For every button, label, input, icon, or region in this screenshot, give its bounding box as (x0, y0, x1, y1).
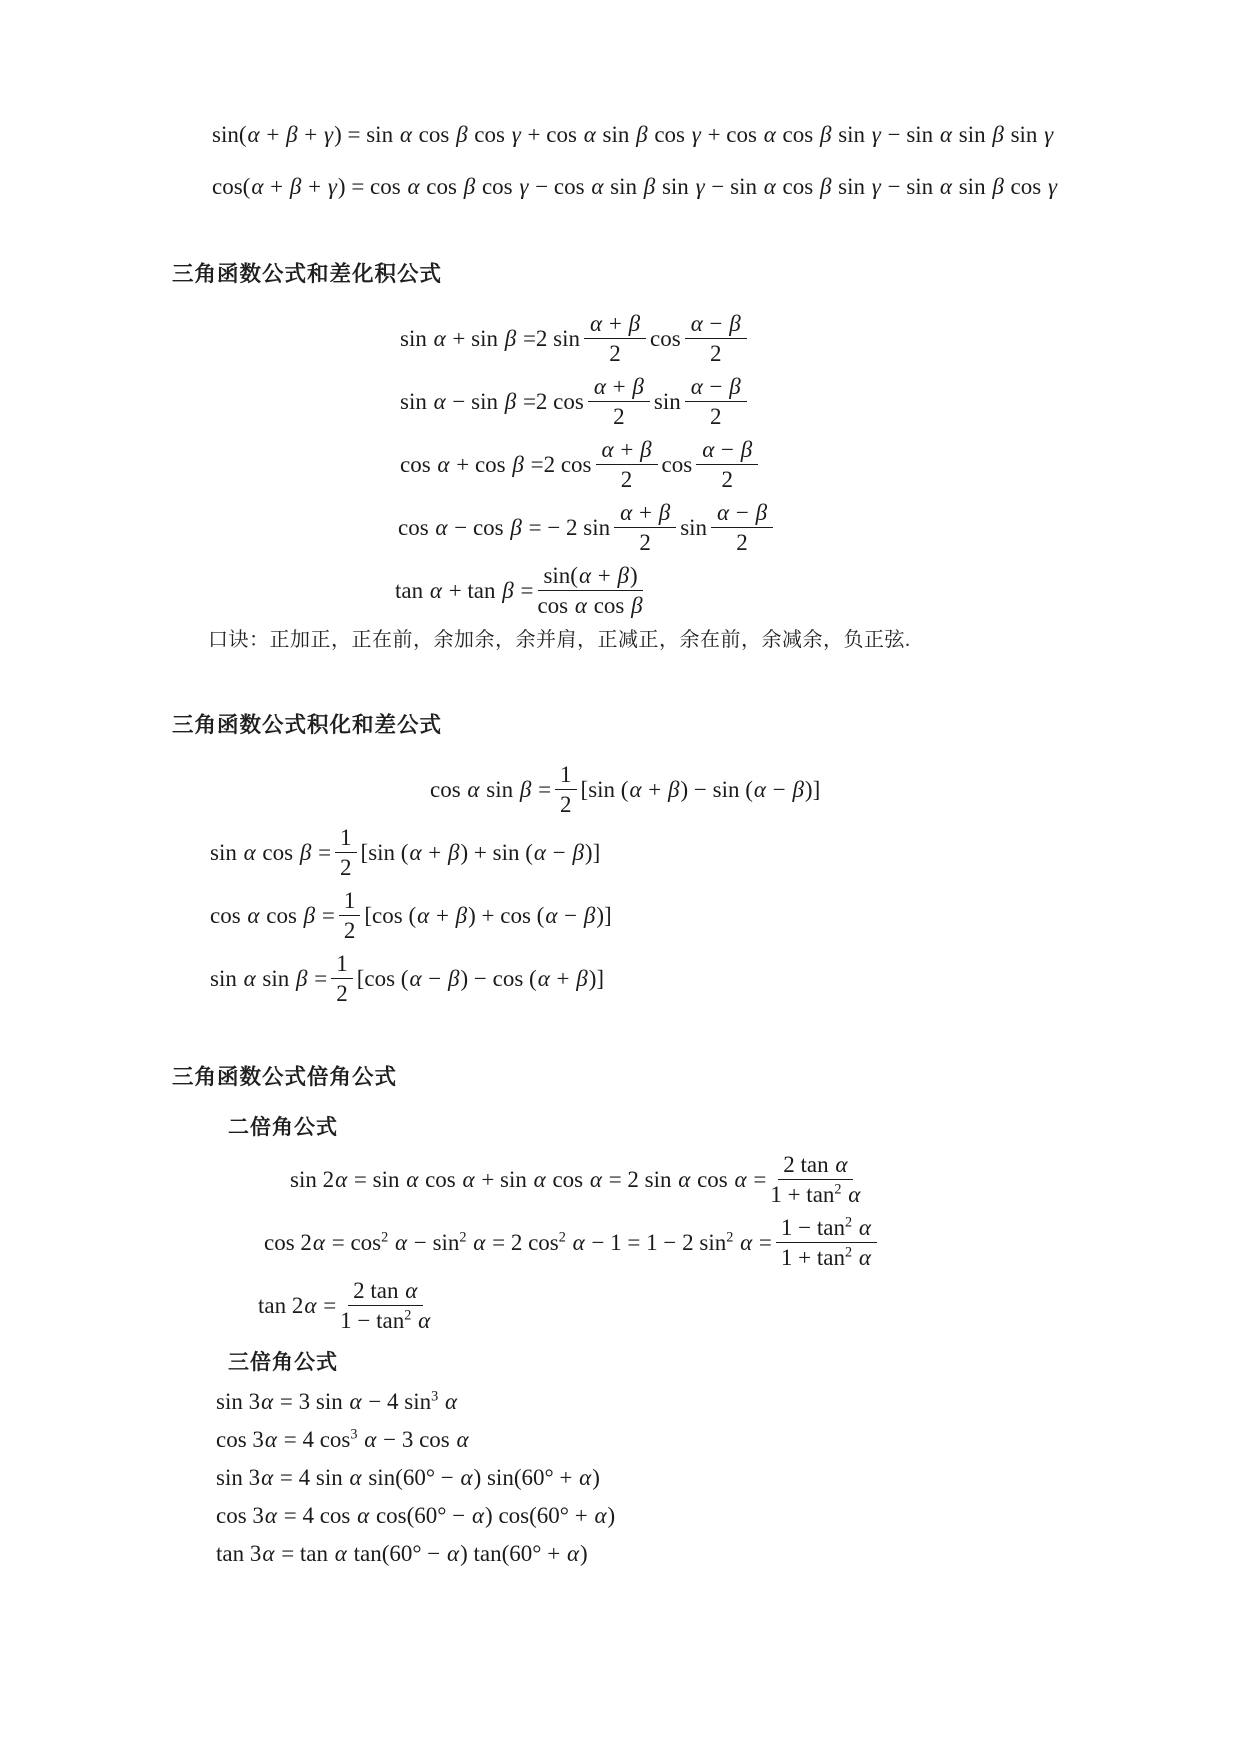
greek-variable: α (433, 389, 447, 414)
greek-variable: β (728, 311, 741, 336)
greek-variable: α (763, 122, 777, 147)
document-page: sin(α + β + γ) = sin α cos β cos γ + cos… (0, 0, 1242, 1756)
greek-variable: α (261, 1541, 275, 1566)
greek-variable: α (578, 1465, 592, 1490)
fraction-numerator: 1 (335, 824, 357, 853)
greek-variable: β (643, 174, 656, 199)
greek-variable: β (755, 500, 768, 525)
fraction-numerator: α + β (596, 436, 658, 465)
greek-variable: α (858, 1245, 872, 1270)
greek-variable: β (504, 389, 517, 414)
greek-variable: α (537, 966, 551, 991)
greek-variable: α (939, 122, 953, 147)
greek-variable: α (436, 452, 450, 477)
greek-variable: β (504, 326, 517, 351)
greek-variable: β (791, 777, 804, 802)
greek-variable: α (246, 903, 260, 928)
greek-variable: α (405, 1167, 419, 1192)
math-run: tan 3α = tan α tan(60° − α) tan(60° + α) (216, 1541, 588, 1566)
greek-variable: α (416, 903, 430, 928)
greek-variable: α (250, 174, 264, 199)
fraction-denominator: 1 + tan2 α (770, 1180, 861, 1208)
greek-variable: β (509, 515, 522, 540)
greek-variable: γ (518, 174, 529, 199)
math-run: cos α + cos β =2 cos (400, 448, 592, 482)
section-heading-multiple-angle: 三角函数公式倍角公式 (172, 1063, 1242, 1091)
greek-variable: α (406, 174, 420, 199)
formula-line: cos α sin β = 12[sin (α + β) − sin (α − … (430, 761, 1242, 818)
math-run: [cos (α + β) + cos (α − β)] (364, 899, 611, 933)
greek-variable: α (466, 777, 480, 802)
fraction-denominator: 1 + tan2 α (781, 1243, 872, 1271)
greek-variable: α (593, 1503, 607, 1528)
greek-variable: α (356, 1503, 370, 1528)
math-run: sin (680, 511, 707, 545)
exponent: 2 (559, 1229, 566, 1245)
fraction-denominator: 2 (721, 465, 733, 493)
fraction-numerator: 1 (331, 950, 353, 979)
formula-line: sin α + sin β =2 sin α + β2cos α − β2 (400, 310, 1242, 367)
greek-variable: α (243, 966, 257, 991)
double-angle-formulas: sin 2α = sin α cos α + sin α cos α = 2 s… (0, 1151, 1242, 1334)
greek-variable: β (295, 966, 308, 991)
math-run: sin α + sin β =2 sin (400, 322, 580, 356)
greek-variable: γ (1043, 122, 1054, 147)
exponent: 2 (459, 1229, 466, 1245)
greek-variable: β (628, 311, 641, 336)
greek-variable: α (690, 374, 704, 399)
exponent: 2 (834, 1181, 841, 1197)
formula-line: sin 2α = sin α cos α + sin α cos α = 2 s… (290, 1151, 1242, 1208)
fraction: α + β2 (614, 499, 676, 556)
fraction-numerator: α − β (696, 436, 758, 465)
greek-variable: α (574, 593, 588, 618)
fraction-denominator: 2 (613, 402, 625, 430)
math-run: sin(α + β + γ) = sin α cos β cos γ + cos… (212, 122, 1054, 147)
fraction-numerator: 2 tan α (778, 1151, 853, 1180)
greek-variable: α (264, 1503, 278, 1528)
greek-variable: β (667, 777, 680, 802)
greek-variable: α (260, 1389, 274, 1414)
fraction: α + β2 (584, 310, 646, 367)
fraction-numerator: 1 (555, 761, 577, 790)
greek-variable: α (399, 122, 413, 147)
math-run: cos (662, 448, 693, 482)
fraction-denominator: 2 (710, 402, 722, 430)
fraction: 12 (331, 950, 353, 1007)
math-run: sin (654, 385, 681, 419)
fraction-numerator: α + β (614, 499, 676, 528)
greek-variable: α (260, 1465, 274, 1490)
greek-variable: α (753, 777, 767, 802)
math-run: [sin (α + β) − sin (α − β)] (581, 773, 821, 807)
greek-variable: α (763, 174, 777, 199)
greek-variable: β (299, 840, 312, 865)
greek-variable: γ (511, 122, 522, 147)
exponent: 2 (845, 1214, 852, 1230)
fraction: α − β2 (685, 373, 747, 430)
greek-variable: α (847, 1182, 861, 1207)
greek-variable: α (455, 1427, 469, 1452)
fraction: α − β2 (711, 499, 773, 556)
fraction-denominator: 2 (340, 853, 352, 881)
greek-variable: β (455, 903, 468, 928)
fraction: sin(α + β)cos α cos β (537, 562, 643, 619)
fraction-denominator: 2 (609, 339, 621, 367)
greek-variable: α (589, 311, 603, 336)
greek-variable: α (619, 500, 633, 525)
fraction-numerator: α − β (685, 373, 747, 402)
subheading-triple-angle: 三倍角公式 (228, 1348, 1242, 1378)
greek-variable: α (701, 437, 715, 462)
fraction-numerator: 1 − tan2 α (776, 1214, 877, 1243)
greek-variable: α (243, 840, 257, 865)
math-run: [cos (α − β) − cos (α + β)] (357, 962, 604, 996)
math-run: cos α − cos β = − 2 sin (398, 511, 610, 545)
fraction-numerator: α + β (588, 373, 650, 402)
greek-variable: α (247, 122, 261, 147)
greek-variable: α (583, 122, 597, 147)
math-run: sin 3α = 3 sin α − 4 sin3 α (216, 1389, 458, 1414)
greek-variable: β (991, 122, 1004, 147)
fraction: α − β2 (685, 310, 747, 367)
subheading-double-angle: 二倍角公式 (228, 1113, 1242, 1143)
greek-variable: β (639, 437, 652, 462)
greek-variable: α (544, 903, 558, 928)
greek-variable: α (394, 1230, 408, 1255)
greek-variable: α (433, 326, 447, 351)
formula-line: cos 3α = 4 cos3 α − 3 cos α (216, 1424, 1242, 1456)
greek-variable: α (677, 1167, 691, 1192)
greek-variable: α (303, 1293, 317, 1318)
math-run: cos 3α = 4 cos3 α − 3 cos α (216, 1427, 470, 1452)
fraction-numerator: 2 tan α (348, 1277, 423, 1306)
math-run: tan α + tan β = (395, 574, 533, 608)
formula-line: cos 3α = 4 cos α cos(60° − α) cos(60° + … (216, 1500, 1242, 1532)
mnemonic-note: 口诀：正加正，正在前，余加余，余并肩，正减正，余在前，余减余，负正弦. (208, 625, 1242, 655)
greek-variable: α (690, 311, 704, 336)
greek-variable: γ (871, 174, 882, 199)
greek-variable: α (578, 563, 592, 588)
fraction-denominator: 2 (336, 979, 348, 1007)
formula-line: sin 3α = 3 sin α − 4 sin3 α (216, 1386, 1242, 1418)
greek-variable: β (519, 777, 532, 802)
math-run: tan 2α = (258, 1289, 336, 1323)
greek-variable: α (461, 1167, 475, 1192)
greek-variable: β (285, 122, 298, 147)
exponent: 2 (845, 1244, 852, 1260)
greek-variable: α (716, 500, 730, 525)
fraction-numerator: sin(α + β) (538, 562, 642, 591)
formula-line: sin α sin β = 12[cos (α − β) − cos (α + … (210, 950, 1242, 1007)
formula-line: sin 3α = 4 sin α sin(60° − α) sin(60° + … (216, 1462, 1242, 1494)
greek-variable: β (303, 903, 316, 928)
fraction: 12 (339, 887, 361, 944)
greek-variable: β (447, 966, 460, 991)
greek-variable: α (404, 1278, 418, 1303)
formula-line: cos 2α = cos2 α − sin2 α = 2 cos2 α − 1 … (264, 1214, 1242, 1271)
greek-variable: α (939, 174, 953, 199)
fraction-denominator: 2 (560, 790, 572, 818)
greek-variable: β (575, 966, 588, 991)
fraction-denominator: 2 (639, 528, 651, 556)
math-run: cos α cos β = (210, 899, 335, 933)
greek-variable: α (334, 1167, 348, 1192)
angle-sum-expansion: sin(α + β + γ) = sin α cos β cos γ + cos… (0, 118, 1242, 204)
formula-line: cos α + cos β =2 cos α + β2cos α − β2 (400, 436, 1242, 493)
greek-variable: α (363, 1427, 377, 1452)
formula-line: sin α − sin β =2 cos α + β2sin α − β2 (400, 373, 1242, 430)
formula-line: sin α cos β = 12[sin (α + β) + sin (α − … (210, 824, 1242, 881)
greek-variable: α (593, 374, 607, 399)
product-to-sum-formulas: cos α sin β = 12[sin (α + β) − sin (α − … (0, 761, 1242, 1007)
math-run: cos 3α = 4 cos α cos(60° − α) cos(60° + … (216, 1503, 615, 1528)
greek-variable: β (635, 122, 648, 147)
fraction-denominator: 2 (621, 465, 633, 493)
greek-variable: α (533, 1167, 547, 1192)
greek-variable: α (312, 1230, 326, 1255)
greek-variable: α (417, 1308, 431, 1333)
greek-variable: γ (1047, 174, 1058, 199)
fraction-numerator: α − β (711, 499, 773, 528)
fraction: 12 (555, 761, 577, 818)
formula-document-content: sin(α + β + γ) = sin α cos β cos γ + cos… (0, 118, 1242, 1570)
exponent: 2 (726, 1229, 733, 1245)
greek-variable: β (630, 593, 643, 618)
greek-variable: β (571, 840, 584, 865)
greek-variable: β (447, 840, 460, 865)
exponent: 3 (350, 1426, 357, 1442)
greek-variable: α (572, 1230, 586, 1255)
exponent: 3 (431, 1388, 438, 1404)
greek-variable: α (348, 1465, 362, 1490)
greek-variable: γ (695, 174, 706, 199)
fraction: 12 (335, 824, 357, 881)
greek-variable: α (459, 1465, 473, 1490)
math-run: cos α sin β = (430, 773, 551, 807)
greek-variable: α (446, 1541, 460, 1566)
fraction-numerator: 1 (339, 887, 361, 916)
fraction-denominator: 2 (344, 916, 356, 944)
fraction-numerator: α − β (685, 310, 747, 339)
greek-variable: β (631, 374, 644, 399)
section-heading-sum-to-product: 三角函数公式和差化积公式 (172, 260, 1242, 288)
greek-variable: α (834, 1152, 848, 1177)
greek-variable: α (264, 1427, 278, 1452)
fraction: α − β2 (696, 436, 758, 493)
greek-variable: β (463, 174, 476, 199)
math-run: [sin (α + β) + sin (α − β)] (361, 836, 601, 870)
greek-variable: α (590, 174, 604, 199)
greek-variable: β (455, 122, 468, 147)
greek-variable: α (566, 1541, 580, 1566)
formula-line: tan 2α = 2 tan α1 − tan2 α (258, 1277, 1242, 1334)
greek-variable: α (408, 966, 422, 991)
math-run: sin α cos β = (210, 836, 331, 870)
greek-variable: α (472, 1230, 486, 1255)
fraction: α + β2 (596, 436, 658, 493)
math-run: sin α − sin β =2 cos (400, 385, 584, 419)
greek-variable: α (858, 1215, 872, 1240)
formula-line: cos(α + β + γ) = cos α cos β cos γ − cos… (212, 170, 1242, 204)
greek-variable: β (740, 437, 753, 462)
greek-variable: β (511, 452, 524, 477)
greek-variable: β (819, 174, 832, 199)
greek-variable: γ (327, 174, 338, 199)
greek-variable: β (583, 903, 596, 928)
greek-variable: β (728, 374, 741, 399)
greek-variable: γ (323, 122, 334, 147)
math-run: cos (650, 322, 681, 356)
math-run: sin 3α = 4 sin α sin(60° − α) sin(60° + … (216, 1465, 600, 1490)
greek-variable: α (434, 515, 448, 540)
fraction: α + β2 (588, 373, 650, 430)
fraction: 1 − tan2 α1 + tan2 α (776, 1214, 877, 1271)
math-run: sin α sin β = (210, 962, 327, 996)
math-run: sin 2α = sin α cos α + sin α cos α = 2 s… (290, 1163, 766, 1197)
greek-variable: α (589, 1167, 603, 1192)
greek-variable: α (334, 1541, 348, 1566)
math-run: cos 2α = cos2 α − sin2 α = 2 cos2 α − 1 … (264, 1226, 772, 1260)
greek-variable: α (429, 578, 443, 603)
formula-line: tan 3α = tan α tan(60° − α) tan(60° + α) (216, 1538, 1242, 1570)
greek-variable: α (533, 840, 547, 865)
greek-variable: α (734, 1167, 748, 1192)
sum-to-product-formulas: sin α + sin β =2 sin α + β2cos α − β2sin… (0, 310, 1242, 619)
greek-variable: β (658, 500, 671, 525)
greek-variable: β (617, 563, 630, 588)
greek-variable: β (819, 122, 832, 147)
fraction-denominator: 1 − tan2 α (340, 1306, 431, 1334)
exponent: 2 (381, 1229, 388, 1245)
greek-variable: α (628, 777, 642, 802)
fraction: 2 tan α1 − tan2 α (340, 1277, 431, 1334)
exponent: 2 (404, 1307, 411, 1323)
triple-angle-formulas: sin 3α = 3 sin α − 4 sin3 αcos 3α = 4 co… (0, 1386, 1242, 1570)
greek-variable: α (601, 437, 615, 462)
math-run: cos(α + β + γ) = cos α cos β cos γ − cos… (212, 174, 1058, 199)
greek-variable: α (471, 1503, 485, 1528)
formula-line: cos α cos β = 12[cos (α + β) + cos (α − … (210, 887, 1242, 944)
greek-variable: γ (691, 122, 702, 147)
fraction-numerator: α + β (584, 310, 646, 339)
formula-line: tan α + tan β = sin(α + β)cos α cos β (395, 562, 1242, 619)
greek-variable: α (444, 1389, 458, 1414)
formula-line: sin(α + β + γ) = sin α cos β cos γ + cos… (212, 118, 1242, 152)
greek-variable: α (739, 1230, 753, 1255)
section-heading-product-to-sum: 三角函数公式积化和差公式 (172, 711, 1242, 739)
formula-line: cos α − cos β = − 2 sin α + β2sin α − β2 (398, 499, 1242, 556)
fraction: 2 tan α1 + tan2 α (770, 1151, 861, 1208)
fraction-denominator: cos α cos β (537, 591, 643, 619)
greek-variable: γ (871, 122, 882, 147)
greek-variable: α (348, 1389, 362, 1414)
greek-variable: β (501, 578, 514, 603)
fraction-denominator: 2 (736, 528, 748, 556)
greek-variable: β (991, 174, 1004, 199)
greek-variable: β (289, 174, 302, 199)
fraction-denominator: 2 (710, 339, 722, 367)
greek-variable: α (408, 840, 422, 865)
